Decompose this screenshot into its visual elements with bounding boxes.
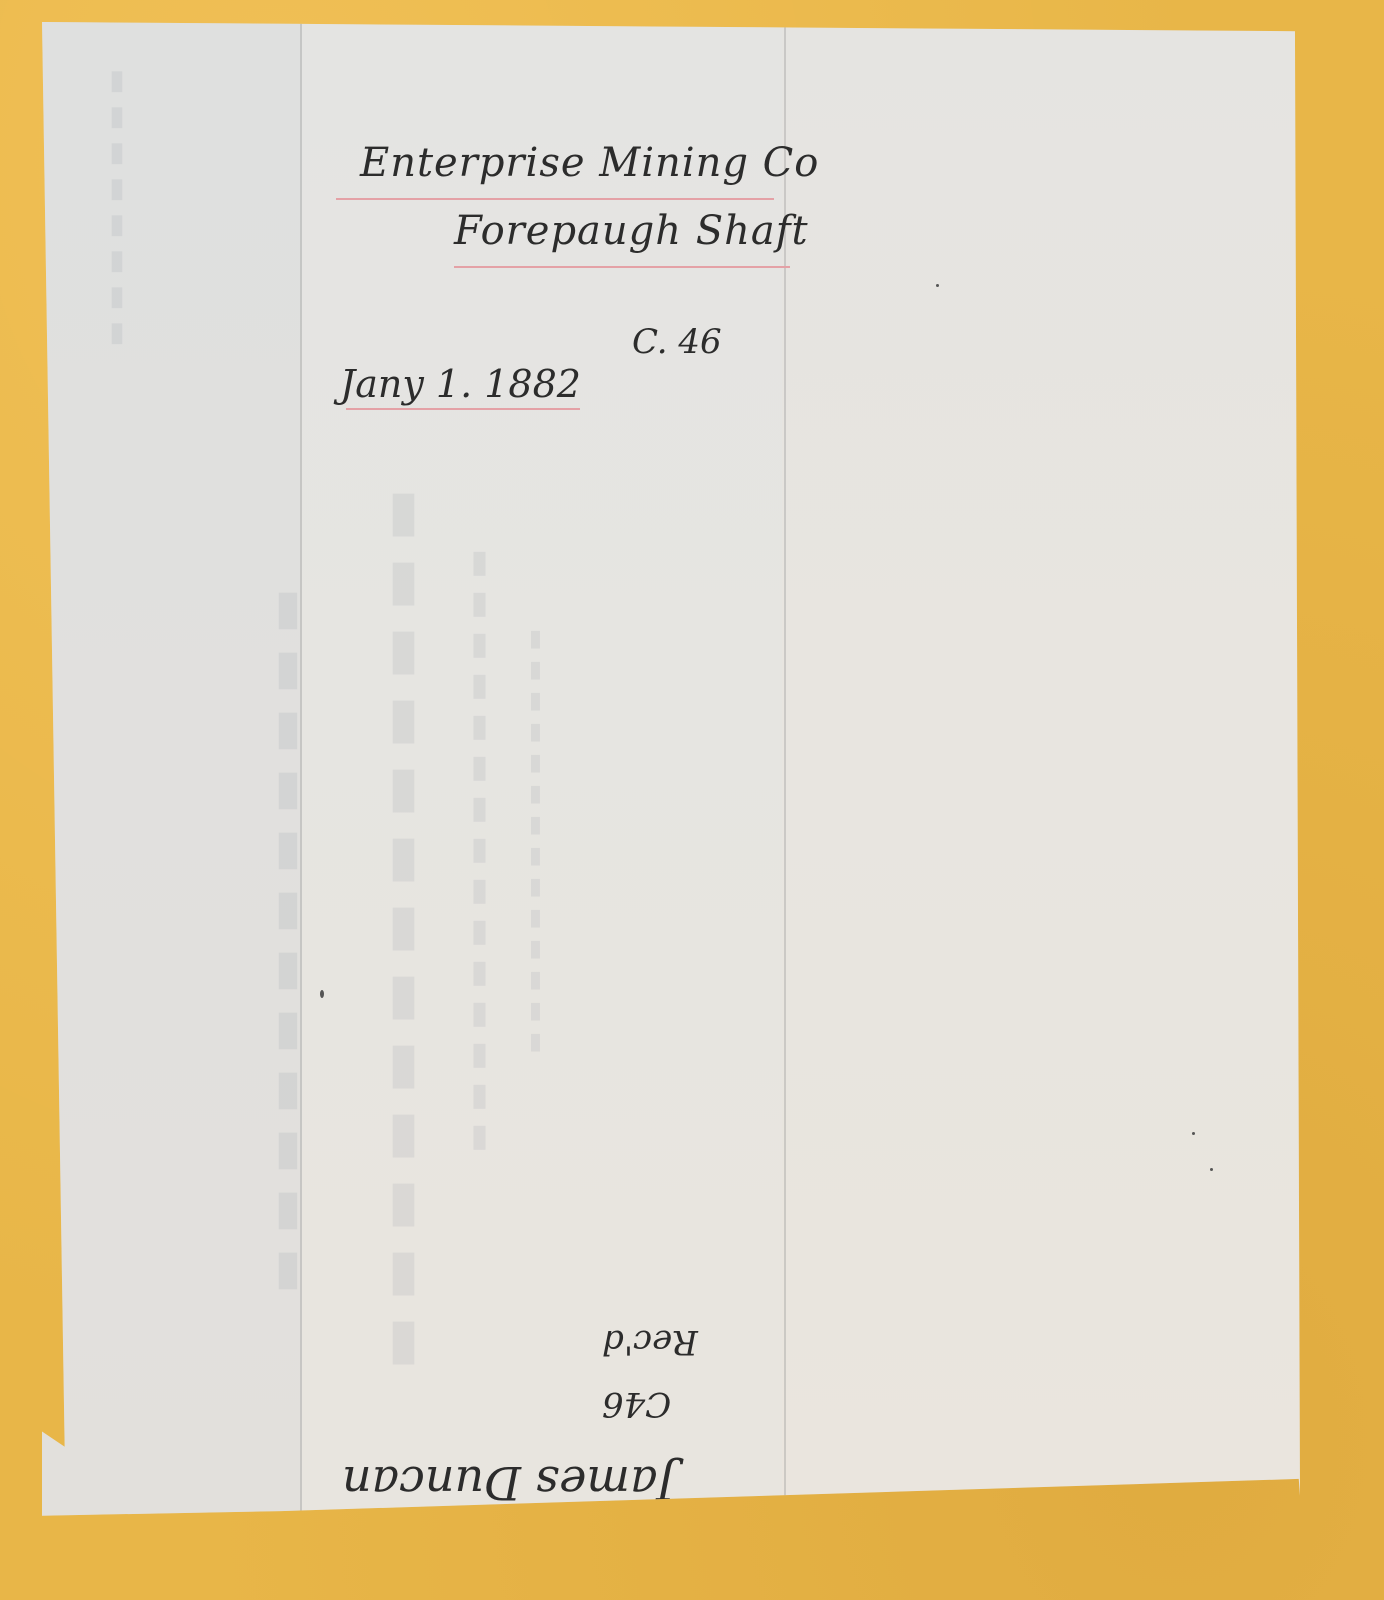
bleed-through-print: ▮▮▮▮▮▮▮▮▮▮▮▮▮▮▮: [462, 542, 497, 1157]
bleed-through-print: ▮▮▮▮▮▮▮▮▮▮▮▮▮: [372, 482, 435, 1379]
ink-speck: [1192, 1132, 1195, 1135]
document-paper: ▮▮▮▮▮▮▮▮▮▮▮▮ ▮▮▮▮▮▮▮▮▮▮▮▮▮ ▮▮▮▮▮▮▮▮▮▮▮▮▮…: [42, 22, 1300, 1554]
fold-panel-right: [782, 22, 1300, 1554]
ruled-line: [454, 266, 790, 268]
ruled-line: [346, 408, 580, 410]
inverted-note-code: C46: [602, 1384, 671, 1424]
bleed-through-print: ▮▮▮▮▮▮▮▮▮▮▮▮▮▮: [522, 622, 548, 1056]
ink-speck: [1210, 1168, 1213, 1171]
ruled-line: [336, 198, 774, 200]
bleed-through-print: ▮▮▮▮▮▮▮▮: [102, 62, 132, 350]
document-date: Jany 1. 1882: [340, 362, 581, 406]
shaft-name: Forepaugh Shaft: [454, 208, 809, 254]
bleed-through-print: ▮▮▮▮▮▮▮▮▮▮▮▮: [262, 582, 316, 1302]
ink-speck: [320, 990, 324, 998]
reference-code: C. 46: [632, 322, 722, 362]
inverted-note-mark: Rec'd: [602, 1322, 698, 1362]
company-name: Enterprise Mining Co: [360, 140, 819, 186]
ink-speck: [936, 284, 939, 287]
